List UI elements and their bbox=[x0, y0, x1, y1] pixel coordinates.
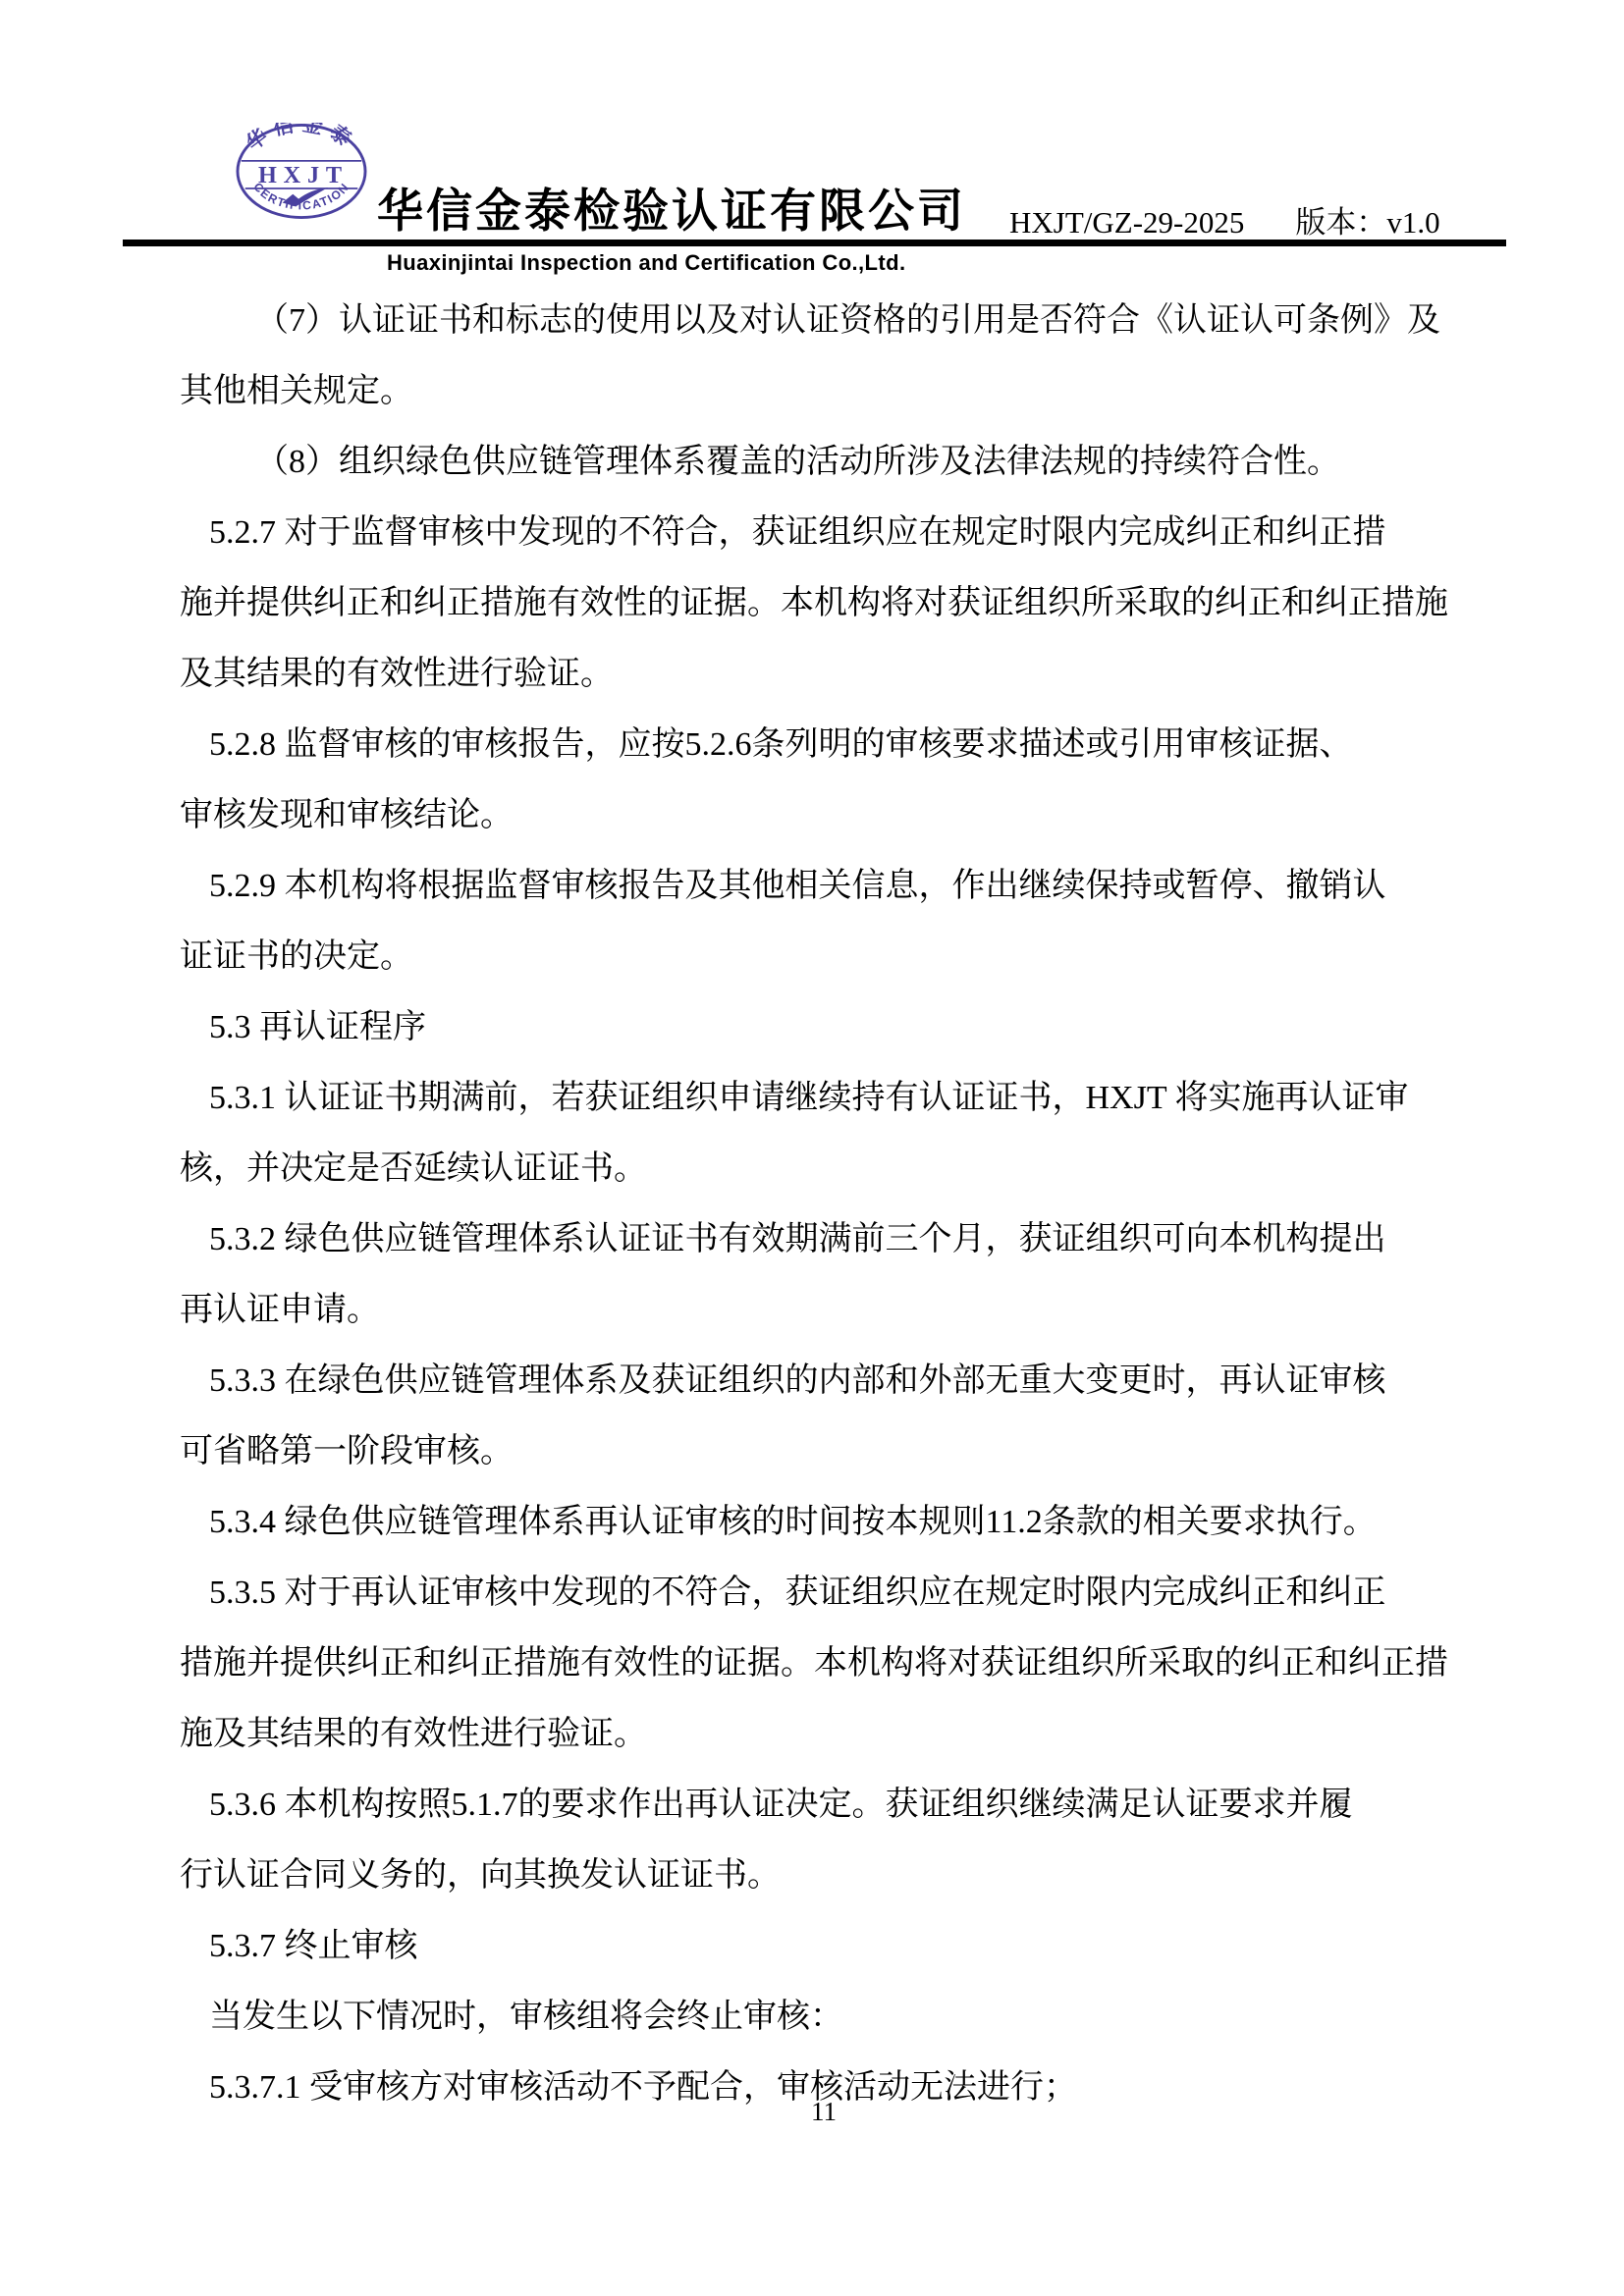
body-line: 5.2.7 对于监督审核中发现的不符合，获证组织应在规定时限内完成纠正和纠正措 bbox=[180, 498, 1468, 568]
body-line: 证证书的决定。 bbox=[180, 922, 1468, 992]
body-line: 行认证合同义务的，向其换发认证证书。 bbox=[180, 1841, 1468, 1911]
body-line: 施及其结果的有效性进行验证。 bbox=[180, 1699, 1468, 1770]
document-meta: HXJT/GZ-29-2025版本：v1.0 bbox=[1009, 197, 1440, 241]
body-line: 及其结果的有效性进行验证。 bbox=[180, 639, 1468, 710]
body-line: 其他相关规定。 bbox=[180, 356, 1468, 427]
body-line: 5.3 再认证程序 bbox=[180, 992, 1468, 1063]
logo-acronym: HXJT bbox=[258, 162, 349, 188]
logo-arc-text: 华信金泰 bbox=[242, 123, 360, 155]
body-line: 5.3.1 认证证书期满前，若获证组织申请继续持有认证证书，HXJT 将实施再认… bbox=[180, 1063, 1468, 1134]
page-number: 11 bbox=[180, 2097, 1468, 2127]
body-line: 当发生以下情况时，审核组将会终止审核： bbox=[180, 1982, 1468, 2053]
body-line: 再认证申请。 bbox=[180, 1275, 1468, 1346]
body-line: 施并提供纠正和纠正措施有效性的证据。本机构将对获证组织所采取的纠正和纠正措施 bbox=[180, 568, 1468, 639]
document-body: （7）认证证书和标志的使用以及对认证资格的引用是否符合《认证认可条例》及 其他相… bbox=[180, 286, 1468, 2123]
version-label: 版本：v1.0 bbox=[1295, 205, 1439, 240]
body-line: 5.3.6 本机构按照5.1.7的要求作出再认证决定。获证组织继续满足认证要求并… bbox=[180, 1770, 1468, 1841]
body-line: 5.3.3 在绿色供应链管理体系及获证组织的内部和外部无重大变更时，再认证审核 bbox=[180, 1346, 1468, 1416]
body-line: 5.3.2 绿色供应链管理体系认证证书有效期满前三个月，获证组织可向本机构提出 bbox=[180, 1204, 1468, 1275]
body-line: 可省略第一阶段审核。 bbox=[180, 1416, 1468, 1487]
body-line: 5.3.7 终止审核 bbox=[180, 1911, 1468, 1982]
body-line: 措施并提供纠正和纠正措施有效性的证据。本机构将对获证组织所采取的纠正和纠正措 bbox=[180, 1629, 1468, 1699]
body-line: 5.2.8 监督审核的审核报告，应按5.2.6条列明的审核要求描述或引用审核证据… bbox=[180, 710, 1468, 780]
body-line: （8）组织绿色供应链管理体系覆盖的活动所涉及法律法规的持续符合性。 bbox=[180, 427, 1468, 498]
company-name-cn: 华信金泰检验认证有限公司 bbox=[377, 175, 966, 240]
document-page: 华信金泰 HXJT CERTIFICATION 华信金泰检验认证有限公司 HXJ… bbox=[0, 0, 1624, 2296]
body-line: 5.3.4 绿色供应链管理体系再认证审核的时间按本规则11.2条款的相关要求执行… bbox=[180, 1487, 1468, 1558]
body-line: （7）认证证书和标志的使用以及对认证资格的引用是否符合《认证认可条例》及 bbox=[180, 286, 1468, 356]
company-logo: 华信金泰 HXJT CERTIFICATION bbox=[235, 123, 368, 220]
header-divider bbox=[123, 240, 1506, 246]
body-line: 5.3.5 对于再认证审核中发现的不符合，获证组织应在规定时限内完成纠正和纠正 bbox=[180, 1558, 1468, 1629]
body-line: 5.2.9 本机构将根据监督审核报告及其他相关信息，作出继续保持或暂停、撤销认 bbox=[180, 851, 1468, 922]
document-number: HXJT/GZ-29-2025 bbox=[1009, 205, 1244, 240]
certification-seal-icon: 华信金泰 HXJT CERTIFICATION bbox=[235, 123, 368, 220]
body-line: 核，并决定是否延续认证证书。 bbox=[180, 1134, 1468, 1204]
company-name-en: Huaxinjintai Inspection and Certificatio… bbox=[387, 250, 905, 276]
body-line: 审核发现和审核结论。 bbox=[180, 780, 1468, 851]
